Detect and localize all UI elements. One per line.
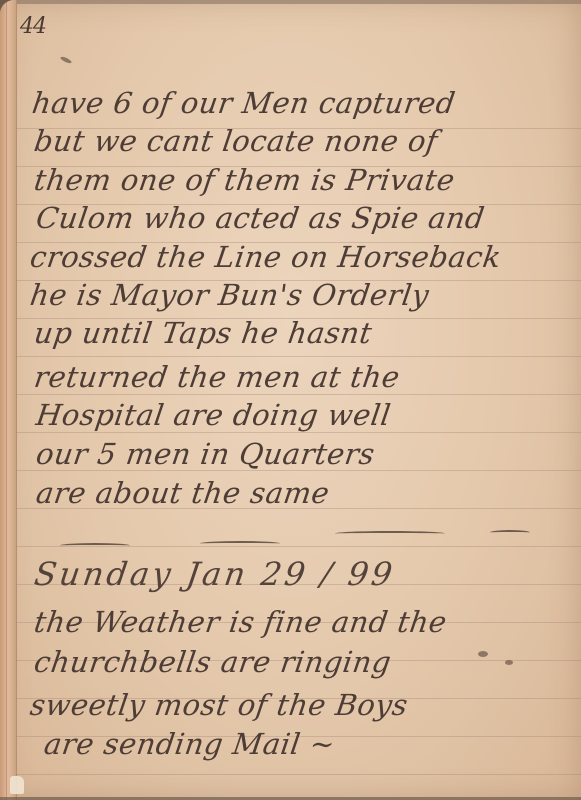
text-line: Hospital are doing well: [34, 398, 393, 432]
text-line: have 6 of our Men captured: [30, 86, 458, 120]
ink-smudge: [505, 660, 513, 665]
text-line: sweetly most of the Boys: [28, 688, 410, 722]
text-line: churchbells are ringing: [32, 645, 393, 679]
text-line: are sending Mail ~: [42, 727, 337, 761]
ink-smudge: [478, 651, 488, 657]
text-line: he is Mayor Bun's Orderly: [28, 278, 431, 312]
text-line: crossed the Line on Horseback: [28, 240, 504, 274]
ruled-line: [16, 774, 581, 775]
ink-smudge: [60, 56, 73, 65]
text-line: the Weather is fine and the: [32, 605, 449, 639]
page-number: 44: [20, 14, 46, 39]
heading-flourish: [335, 531, 445, 536]
ruled-line: [16, 432, 581, 433]
paper-tear: [10, 776, 24, 794]
text-line: them one of them is Private: [32, 163, 457, 197]
text-line: returned the men at the: [32, 360, 402, 394]
text-line: Culom who acted as Spie and: [34, 201, 487, 235]
text-line: are about the same: [34, 476, 332, 510]
page-binding-edge: [0, 0, 17, 800]
page-top-edge: [0, 0, 581, 4]
ruled-line: [16, 356, 581, 357]
heading-flourish: [60, 543, 130, 548]
heading-flourish: [490, 530, 530, 535]
diary-page: 44 have 6 of our Men captured but we can…: [0, 0, 581, 800]
text-line: up until Taps he hasnt: [32, 316, 374, 350]
ruled-line: [16, 394, 581, 395]
text-line: our 5 men in Quarters: [34, 437, 377, 471]
text-line: but we cant locate none of: [32, 124, 440, 158]
entry-date-heading: Sunday Jan 29 / 99: [32, 555, 398, 593]
heading-flourish: [200, 541, 280, 546]
